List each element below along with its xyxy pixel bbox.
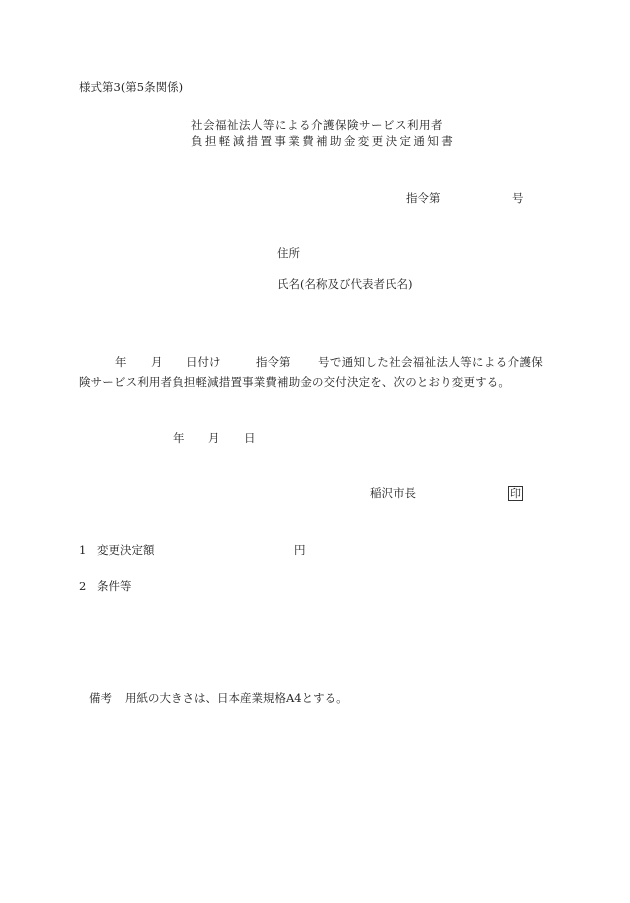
seal-icon: 印 [508,486,523,501]
item-2-number: 2 [79,581,86,593]
form-number: 様式第3(第5条関係) [79,82,183,94]
body-year: 年 [115,357,127,369]
seal-mark: 印 [508,486,523,501]
body-month: 月 [151,357,163,369]
remarks-text: 用紙の大きさは、日本産業規格A4とする。 [125,693,348,705]
remarks-label: 備考 [89,693,112,705]
item-1-unit: 円 [294,545,306,557]
body-line-2: 険サービス利用者負担軽減措置事業費補助金の交付決定を、次のとおり変更する。 [79,377,510,389]
address-label: 住所 [277,248,300,260]
item-2-label: 条件等 [97,581,132,593]
item-1-number: 1 [79,545,86,557]
body-line-1-rest: 号で通知した社会福祉法人等による介護保 [318,357,543,369]
issuer-name: 稲沢市長 [370,488,416,500]
date-month: 月 [208,433,220,445]
item-1-label: 変更決定額 [97,545,155,557]
directive-prefix: 指令第 [406,193,441,205]
date-day: 日 [244,433,256,445]
body-dated: 日付け [186,357,221,369]
name-label: 氏名(名称及び代表者氏名) [277,279,412,291]
document-title-line-2: 負担軽減措置事業費補助金変更決定通知書 [191,136,455,148]
directive-suffix: 号 [512,193,524,205]
document-title-line-1: 社会福祉法人等による介護保険サービス利用者 [191,120,443,132]
date-year: 年 [173,433,185,445]
body-directive-prefix: 指令第 [256,357,291,369]
